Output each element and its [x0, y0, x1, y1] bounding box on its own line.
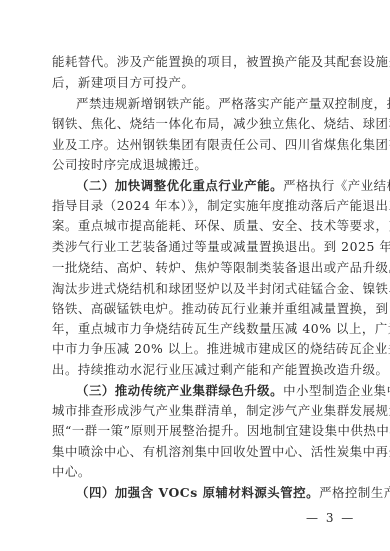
text-line: 案。重点城市提高能耗、环保、质量、安全、技术等要求，支持限制: [52, 219, 342, 233]
text-line: 出。持续推动水泥行业压减过剩产能和产能置换改造升级。: [52, 363, 342, 377]
text-line: 类涉气行业工艺装备通过等量或减量置换退出。到 2025 年，推动: [52, 240, 342, 254]
text-line: 指导目录（2024 年本）》，制定实施年度推动落后产能退出工作方: [52, 199, 342, 213]
line-text: 中小型制造企业集中的: [283, 383, 390, 398]
text-line: 城市排查形成涉气产业集群清单，制定涉气产业集群发展规划，按: [52, 404, 342, 418]
text-line: 一批烧结、高炉、转炉、焦炉等限制类装备退出或产品升级。逐步: [52, 261, 342, 275]
text-line: 后，新建项目方可投产。: [52, 76, 342, 90]
text-line: （二）加快调整优化重点行业产能。严格执行《产业结构调整: [76, 179, 342, 193]
text-line: 淘汰步进式烧结机和球团竖炉以及半封闭式硅锰合金、镍铁、高碳: [52, 282, 342, 296]
text-line: 中心。: [52, 465, 342, 479]
text-line: 钢铁、焦化、烧结一体化布局，减少独立焦化、烧结、球团和热轧企: [52, 117, 342, 131]
text-line: 年，重点城市力争烧结砖瓦生产线数量压减 40% 以上，广元市、巴: [52, 322, 342, 336]
text-line: 集中喷涂中心、有机溶剂集中回收处置中心、活性炭集中再生: [52, 445, 342, 459]
text-line: 业及工序。达州钢铁集团有限责任公司、四川省煤焦化集团有限: [52, 138, 342, 152]
text-line: （四）加强含 VOCs 原辅材料源头管控。严格控制生产和使用: [76, 486, 342, 500]
text-line: 铬铁、高碳锰铁电炉。推动砖瓦行业兼并重组减量置换，到 2025: [52, 302, 342, 316]
text-line: 公司按时序完成退城搬迁。: [52, 158, 342, 172]
section-heading: （三）推动传统产业集群绿色升级。: [76, 383, 283, 398]
text-line: 照“一群一策”原则开展整治提升。因地制宜建设集中供热中心、: [52, 424, 342, 438]
text-line: （三）推动传统产业集群绿色升级。中小型制造企业集中的: [76, 384, 342, 398]
text-line: 能耗替代。涉及产能置换的项目，被置换产能及其配套设施关停: [52, 55, 342, 69]
section-heading: （四）加强含 VOCs 原辅材料源头管控。: [76, 485, 319, 500]
line-text: 严格控制生产和使用: [319, 485, 390, 500]
text-line: 中市力争压减 20% 以上。推进城市建成区的烧结砖瓦企业关停退: [52, 342, 342, 356]
section-heading: （二）加快调整优化重点行业产能。: [76, 178, 283, 193]
text-line: 严禁违规新增钢铁产能。严格落实产能产量双控制度，推行: [76, 97, 342, 111]
line-text: 严格执行《产业结构调整: [283, 178, 390, 193]
document-page: 能耗替代。涉及产能置换的项目，被置换产能及其配套设施关停后，新建项目方可投产。严…: [0, 0, 390, 551]
page-number: — 3 —: [306, 511, 355, 525]
